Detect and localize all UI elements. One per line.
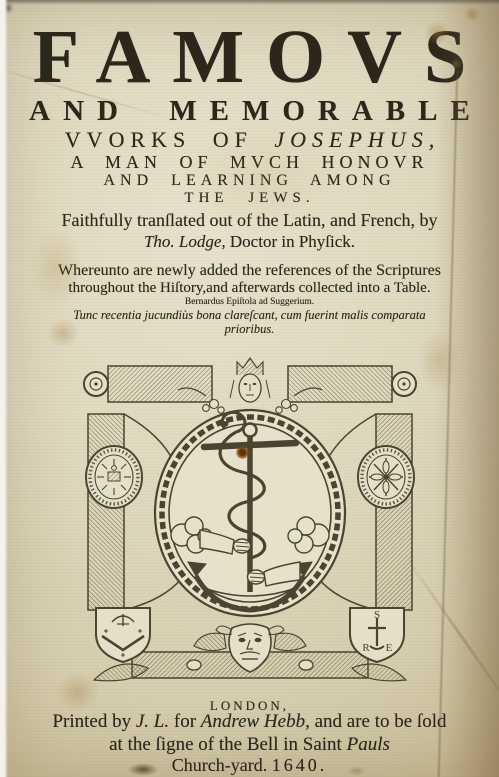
imprint-line-2: at the ſigne of the Bell in Saint Pauls <box>0 734 499 756</box>
imprint-sold-note: and are to be ſold <box>315 711 447 732</box>
imprint-line-1: Printed by J. L. for Andrew Hebb, and ar… <box>0 711 499 733</box>
title-line-3: VVORKS OF JOSEPHUS, <box>0 127 499 153</box>
title-line-6: THE JEWS. <box>0 190 499 207</box>
title-line-3-italic: JOSEPHUS, <box>274 127 440 152</box>
shield-letter-r: R <box>362 642 370 654</box>
title-line-4: A MAN OF MVCH HONOVR <box>0 152 499 173</box>
right-medallion <box>358 446 414 508</box>
epigraph-line-2: prioribus. <box>0 322 499 337</box>
scan-top-edge <box>0 0 499 5</box>
imprint-line-3: Church-yard. 1640. <box>0 755 499 776</box>
imprint-year: 1640. <box>272 755 328 775</box>
imprint-churchyard: Church-yard. <box>172 755 267 775</box>
shield-letter-s: S <box>374 609 380 621</box>
epigraph-source: Bernardus Epiſtola ad Suggerium. <box>0 297 499 307</box>
addition-note-line-2: throughout the Hiſtory,and afterwards co… <box>0 280 499 297</box>
scanned-title-page: FAMOVS AND MEMORABLE VVORKS OF JOSEPHUS,… <box>0 0 499 777</box>
imprint-pauls: Pauls <box>347 734 390 755</box>
imprint-for: for <box>174 711 196 732</box>
imprint-sign-location: at the ſigne of the Bell in Saint <box>109 734 342 755</box>
epigraph-line-1: Tunc recentia jucundiùs bona clareſcant,… <box>0 308 499 323</box>
main-title: FAMOVS <box>0 14 499 101</box>
title-line-5: AND LEARNING AMONG <box>0 172 499 190</box>
crowned-mask-icon <box>230 358 270 402</box>
imprint-printer-initials: J. L. <box>136 711 169 732</box>
translator-name: Tho. Lodge, <box>144 232 226 251</box>
left-medallion <box>86 446 142 508</box>
imprint-printed-by: Printed by <box>52 711 131 732</box>
translation-statement: Faithfully tranſlated out of the Latin, … <box>0 210 499 231</box>
imprint-bookseller: Andrew Hebb, <box>201 711 310 732</box>
paper-stain <box>2 2 14 14</box>
title-line-3-roman: VVORKS OF <box>65 127 253 152</box>
shield-letter-e: E <box>386 642 393 654</box>
translator-title: Doctor in Phyſick. <box>230 232 355 251</box>
title-line-2: AND MEMORABLE <box>0 95 499 128</box>
printer-device-woodcut: S R E <box>74 350 426 692</box>
translator-line: Tho. Lodge, Doctor in Phyſick. <box>0 232 499 252</box>
addition-note-line-1: Whereunto are newly added the references… <box>0 262 499 280</box>
